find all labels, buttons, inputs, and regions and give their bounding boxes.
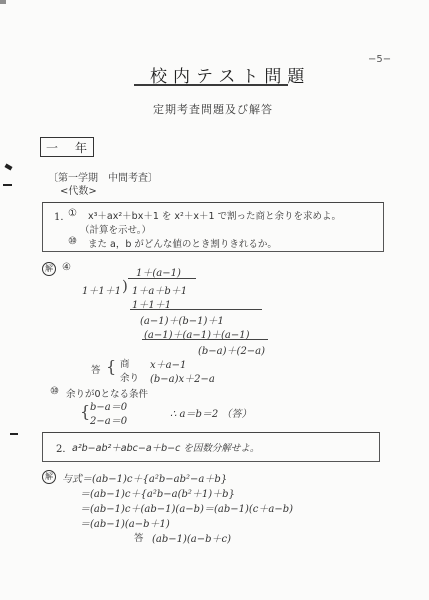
answer-2-final: (ab−1)(a−b＋c)	[152, 530, 231, 545]
division-rule	[130, 309, 262, 310]
division-divisor: 1＋1＋1	[82, 282, 121, 297]
grade-box: 一 年	[40, 137, 94, 157]
quotient-value: x＋a−1	[150, 356, 186, 371]
scan-speck	[3, 184, 12, 186]
subject-heading: <代数>	[60, 182, 97, 197]
answer-2-line-2: ＝(ab−1)c＋{a²b−a(b²＋1)＋b}	[80, 485, 235, 500]
answer-1-answer-label: 答	[91, 362, 101, 376]
system-brace: {	[80, 402, 90, 421]
remainder-label: 余り	[120, 370, 139, 384]
division-rule	[142, 339, 268, 340]
answer-brace: {	[106, 357, 116, 376]
scan-speck	[10, 433, 18, 435]
title-underline	[134, 84, 288, 86]
division-bracket: )	[122, 277, 128, 295]
quotient-label: 商	[120, 356, 130, 370]
division-remainder: (b−a)＋(2−a)	[198, 342, 265, 357]
question-1-part-i-marker: ①	[68, 208, 77, 219]
grade-label-right: 年	[75, 139, 87, 156]
answer-1-part-i-marker: ④	[62, 262, 71, 273]
answer-2-line-4: ＝(ab−1)(a−b＋1)	[80, 515, 170, 530]
division-dividend: 1＋a＋b＋1	[132, 282, 187, 297]
answer-2-line-1: 与式＝(ab−1)c＋{a²b−ab²−a＋b}	[62, 470, 227, 485]
question-1-note: （計算を示せ。）	[80, 222, 151, 236]
page-number: −5−	[368, 54, 391, 65]
answer-2-line-3: ＝(ab−1)c＋(ab−1)(a−b)＝(ab−1)(c＋a−b)	[80, 500, 293, 515]
answer-2-final-label: 答	[134, 530, 144, 544]
remainder-value: (b−a)x＋2−a	[150, 370, 215, 385]
question-2-number: 2．	[56, 440, 72, 455]
question-2-text: a²b−ab²＋abc−a＋b−c を因数分解せよ。	[72, 440, 259, 454]
division-step-2: (a−1)＋(b−1)＋1	[140, 312, 224, 327]
page-subtitle: 定期考査問題及び解答	[153, 101, 273, 117]
grade-label-left: 一	[46, 139, 58, 156]
equation-1: b−a＝0	[90, 398, 127, 413]
question-1-part-ii-marker: ⑩	[68, 236, 77, 247]
equation-2: 2−a＝0	[90, 412, 127, 427]
division-quotient: 1＋(a−1)	[136, 264, 181, 279]
division-bar	[128, 278, 196, 279]
answer-1-label: 解	[42, 262, 56, 276]
question-1-part-i-text: x³＋ax²＋bx＋1 を x²＋x＋1 で割った商と余りを求めよ。	[88, 208, 341, 222]
scan-speck	[4, 164, 12, 171]
conclusion: ∴ a＝b＝2 （答）	[170, 405, 251, 420]
scan-speck	[0, 0, 6, 4]
answer-2-label: 解	[42, 470, 56, 484]
answer-1-part-ii-marker: ⑩	[50, 386, 59, 397]
question-1-part-ii-text: また a，b がどんな値のとき割りきれるか。	[88, 236, 277, 250]
